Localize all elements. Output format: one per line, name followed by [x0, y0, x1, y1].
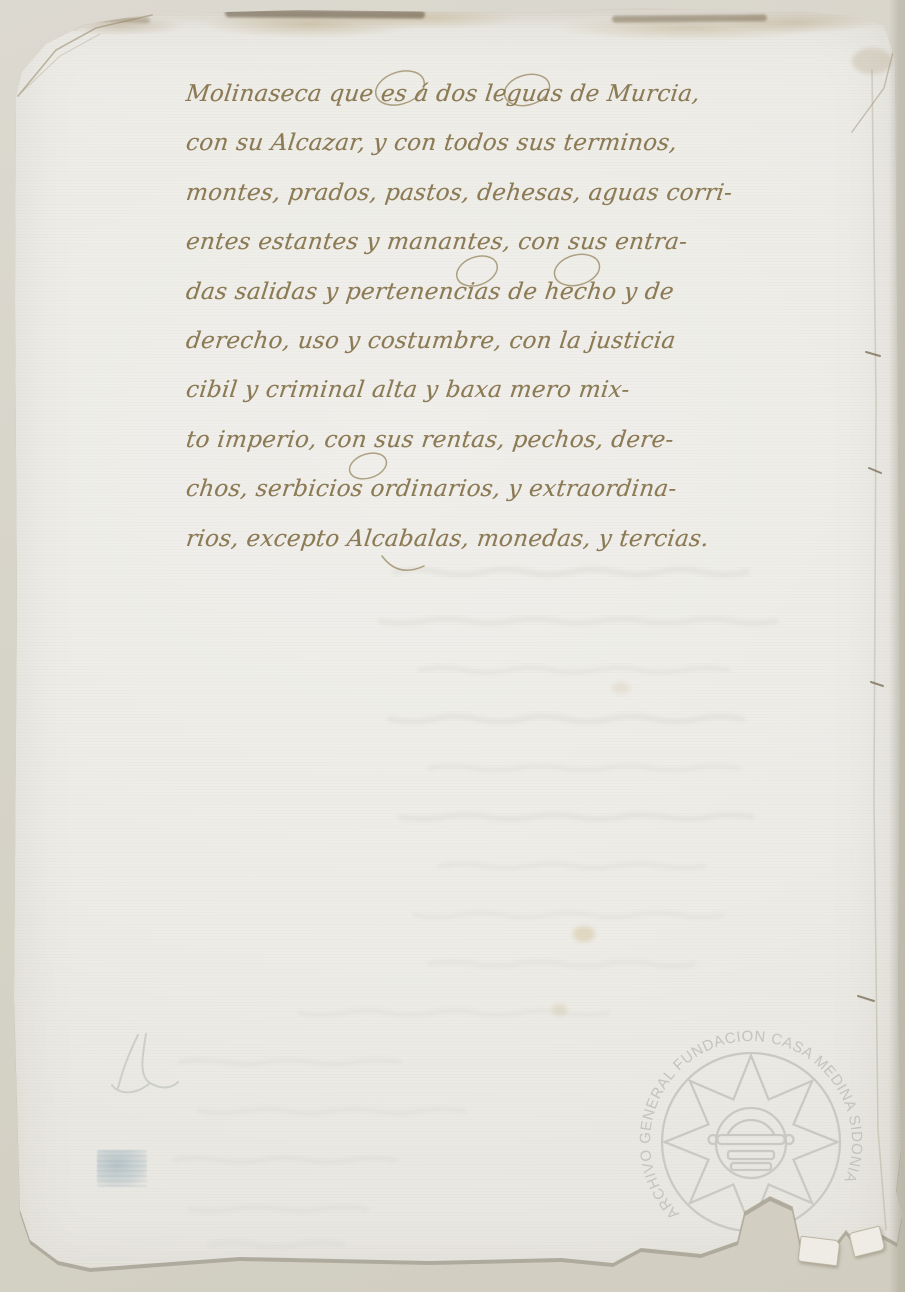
manuscript-line: to imperio, con sus rentas, pechos, dere…	[183, 416, 729, 465]
manuscript-line: das salidas y pertenencias de hecho y de	[183, 268, 729, 317]
manuscript-line: chos, serbicios ordinarios, y extraordin…	[183, 465, 729, 514]
manuscript-line: montes, prados, pastos, dehesas, aguas c…	[183, 169, 729, 218]
manuscript-line: con su Alcazar, y con todos sus terminos…	[183, 119, 729, 168]
manuscript-line: rios, excepto Alcabalas, monedas, y terc…	[183, 515, 729, 564]
document-scan: ARCHIVO GENERAL FUNDACION CASA MEDINA SI…	[0, 0, 905, 1292]
manuscript-line: entes estantes y manantes, con sus entra…	[183, 218, 729, 267]
manuscript-line: derecho, uso y costumbre, con la justici…	[183, 317, 729, 366]
torn-paper-flap	[798, 1236, 841, 1267]
manuscript-text-block: Molinaseca que es á dos leguas de Murcia…	[183, 70, 723, 564]
gutter-shadow	[889, 0, 905, 1292]
manuscript-line: Molinaseca que es á dos leguas de Murcia…	[183, 70, 729, 119]
manuscript-sheet: ARCHIVO GENERAL FUNDACION CASA MEDINA SI…	[0, 0, 905, 1292]
manuscript-line: cibil y criminal alta y baxa mero mix-	[183, 366, 729, 415]
